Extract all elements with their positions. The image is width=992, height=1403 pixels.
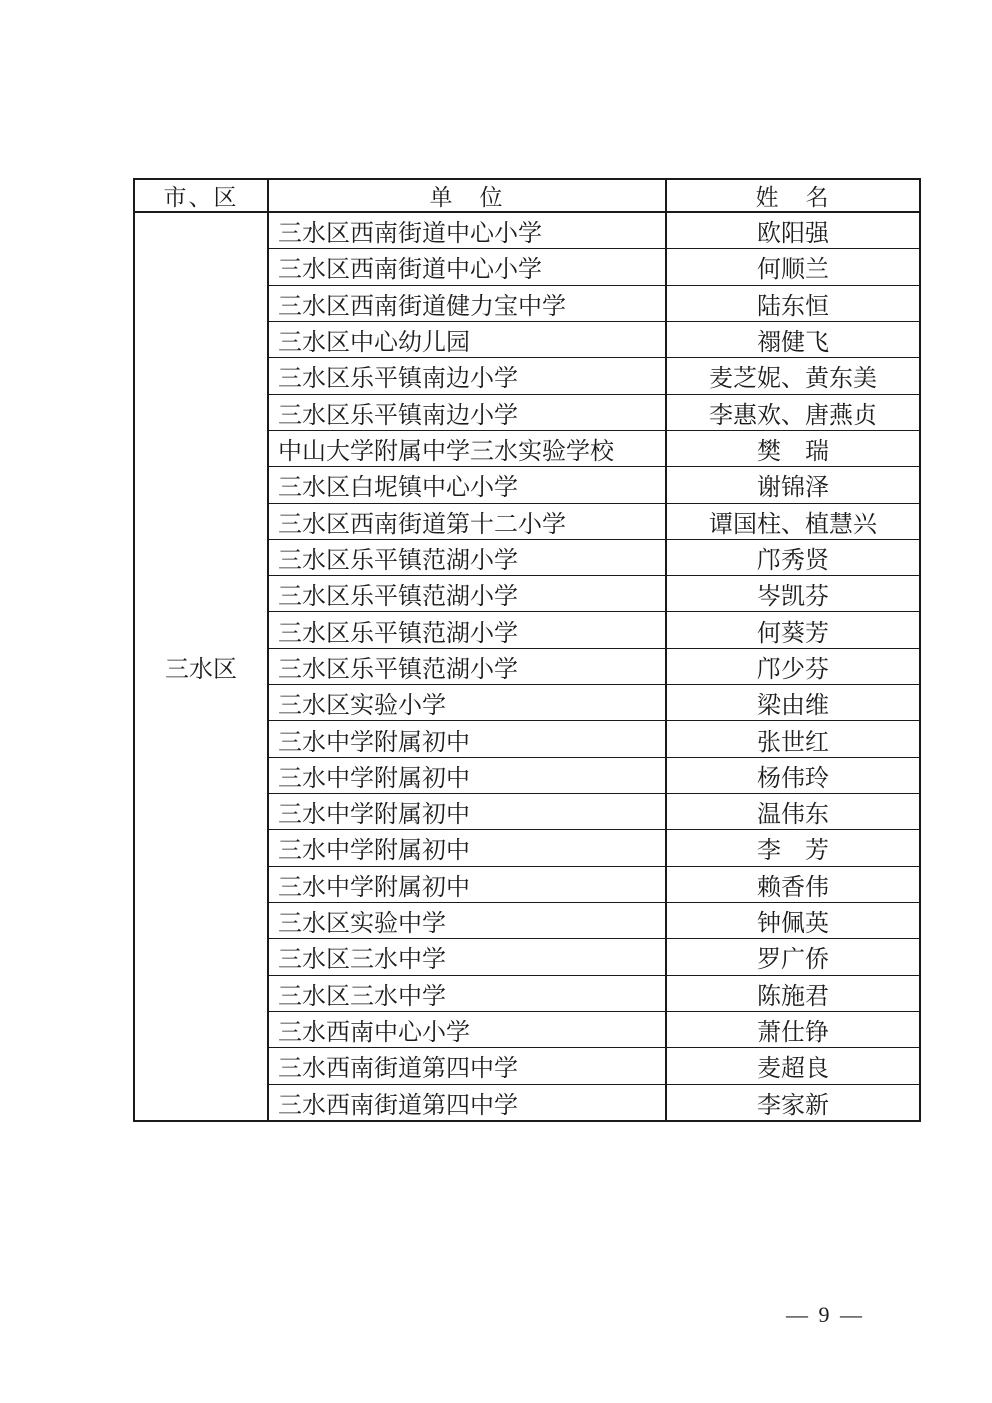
table-row: 三水区实验小学 梁由维 xyxy=(269,685,919,721)
table-row: 三水区乐平镇南边小学 麦芝妮、黄东美 xyxy=(269,358,919,394)
document-page: 市、区 单 位 姓 名 三水区 三水区西南街道中心小学 欧阳强 三水区西南街道中… xyxy=(0,0,992,1403)
name-cell: 禤健飞 xyxy=(667,322,919,357)
table-row: 三水中学附属初中 赖香伟 xyxy=(269,867,919,903)
name-cell: 李 芳 xyxy=(667,830,919,865)
table-row: 三水中学附属初中 李 芳 xyxy=(269,830,919,866)
table-row: 三水西南街道第四中学 李家新 xyxy=(269,1085,919,1120)
unit-cell: 三水西南街道第四中学 xyxy=(269,1048,667,1083)
unit-cell: 三水中学附属初中 xyxy=(269,830,667,865)
name-cell: 陈施君 xyxy=(667,976,919,1011)
unit-cell: 三水区乐平镇范湖小学 xyxy=(269,540,667,575)
name-cell: 谢锦泽 xyxy=(667,467,919,502)
name-cell: 谭国柱、植慧兴 xyxy=(667,504,919,539)
unit-cell: 三水区中心幼儿园 xyxy=(269,322,667,357)
table-rows: 三水区西南街道中心小学 欧阳强 三水区西南街道中心小学 何顺兰 三水区西南街道健… xyxy=(269,213,919,1120)
unit-cell: 三水区西南街道健力宝中学 xyxy=(269,286,667,321)
table-row: 三水区西南街道第十二小学 谭国柱、植慧兴 xyxy=(269,504,919,540)
table-row: 三水区实验中学 钟佩英 xyxy=(269,903,919,939)
unit-cell: 三水区乐平镇南边小学 xyxy=(269,395,667,430)
unit-cell: 三水区西南街道中心小学 xyxy=(269,213,667,248)
name-cell: 何顺兰 xyxy=(667,249,919,284)
name-cell: 张世红 xyxy=(667,721,919,756)
awards-table: 市、区 单 位 姓 名 三水区 三水区西南街道中心小学 欧阳强 三水区西南街道中… xyxy=(133,178,921,1122)
table-row: 三水区乐平镇范湖小学 何葵芳 xyxy=(269,612,919,648)
table-row: 三水区西南街道健力宝中学 陆东恒 xyxy=(269,286,919,322)
table-row: 三水中学附属初中 温伟东 xyxy=(269,794,919,830)
unit-cell: 三水区实验中学 xyxy=(269,903,667,938)
unit-cell: 三水区白坭镇中心小学 xyxy=(269,467,667,502)
unit-cell: 三水区三水中学 xyxy=(269,976,667,1011)
unit-cell: 三水中学附属初中 xyxy=(269,758,667,793)
name-cell: 赖香伟 xyxy=(667,867,919,902)
name-cell: 麦芝妮、黄东美 xyxy=(667,358,919,393)
table-row: 三水中学附属初中 张世红 xyxy=(269,721,919,757)
name-cell: 萧仕铮 xyxy=(667,1012,919,1047)
unit-cell: 三水西南街道第四中学 xyxy=(269,1085,667,1120)
unit-cell: 三水区实验小学 xyxy=(269,685,667,720)
column-header-city-district: 市、区 xyxy=(135,180,269,211)
unit-cell: 三水区西南街道中心小学 xyxy=(269,249,667,284)
name-cell: 钟佩英 xyxy=(667,903,919,938)
column-header-name: 姓 名 xyxy=(667,180,919,211)
name-cell: 李惠欢、唐燕贞 xyxy=(667,395,919,430)
table-row: 三水区乐平镇范湖小学 邝秀贤 xyxy=(269,540,919,576)
name-cell: 梁由维 xyxy=(667,685,919,720)
name-cell: 麦超良 xyxy=(667,1048,919,1083)
table-row: 三水区三水中学 罗广侨 xyxy=(269,939,919,975)
table-row: 三水中学附属初中 杨伟玲 xyxy=(269,758,919,794)
unit-cell: 三水中学附属初中 xyxy=(269,867,667,902)
name-cell: 杨伟玲 xyxy=(667,758,919,793)
unit-cell: 三水中学附属初中 xyxy=(269,794,667,829)
table-row: 三水区乐平镇范湖小学 邝少芬 xyxy=(269,649,919,685)
name-cell: 岑凯芬 xyxy=(667,576,919,611)
name-cell: 邝少芬 xyxy=(667,649,919,684)
table-row: 三水区中心幼儿园 禤健飞 xyxy=(269,322,919,358)
unit-cell: 三水区乐平镇范湖小学 xyxy=(269,649,667,684)
name-cell: 李家新 xyxy=(667,1085,919,1120)
name-cell: 温伟东 xyxy=(667,794,919,829)
table-row: 三水区乐平镇范湖小学 岑凯芬 xyxy=(269,576,919,612)
table-body: 三水区 三水区西南街道中心小学 欧阳强 三水区西南街道中心小学 何顺兰 三水区西… xyxy=(135,213,919,1120)
table-row: 三水区三水中学 陈施君 xyxy=(269,976,919,1012)
unit-cell: 三水中学附属初中 xyxy=(269,721,667,756)
unit-cell: 三水区乐平镇南边小学 xyxy=(269,358,667,393)
table-row: 三水区西南街道中心小学 何顺兰 xyxy=(269,249,919,285)
table-header-row: 市、区 单 位 姓 名 xyxy=(135,180,919,213)
unit-cell: 中山大学附属中学三水实验学校 xyxy=(269,431,667,466)
unit-cell: 三水区三水中学 xyxy=(269,939,667,974)
column-header-unit: 单 位 xyxy=(269,180,667,211)
table-row: 三水西南中心小学 萧仕铮 xyxy=(269,1012,919,1048)
name-cell: 陆东恒 xyxy=(667,286,919,321)
page-number: — 9 — xyxy=(763,1300,885,1330)
region-cell: 三水区 xyxy=(135,213,269,1120)
name-cell: 樊 瑞 xyxy=(667,431,919,466)
unit-cell: 三水区西南街道第十二小学 xyxy=(269,504,667,539)
table-row: 三水区乐平镇南边小学 李惠欢、唐燕贞 xyxy=(269,395,919,431)
unit-cell: 三水区乐平镇范湖小学 xyxy=(269,612,667,647)
table-row: 三水区西南街道中心小学 欧阳强 xyxy=(269,213,919,249)
unit-cell: 三水西南中心小学 xyxy=(269,1012,667,1047)
name-cell: 邝秀贤 xyxy=(667,540,919,575)
name-cell: 欧阳强 xyxy=(667,213,919,248)
table-row: 三水区白坭镇中心小学 谢锦泽 xyxy=(269,467,919,503)
table-row: 三水西南街道第四中学 麦超良 xyxy=(269,1048,919,1084)
unit-cell: 三水区乐平镇范湖小学 xyxy=(269,576,667,611)
name-cell: 何葵芳 xyxy=(667,612,919,647)
table-row: 中山大学附属中学三水实验学校 樊 瑞 xyxy=(269,431,919,467)
name-cell: 罗广侨 xyxy=(667,939,919,974)
